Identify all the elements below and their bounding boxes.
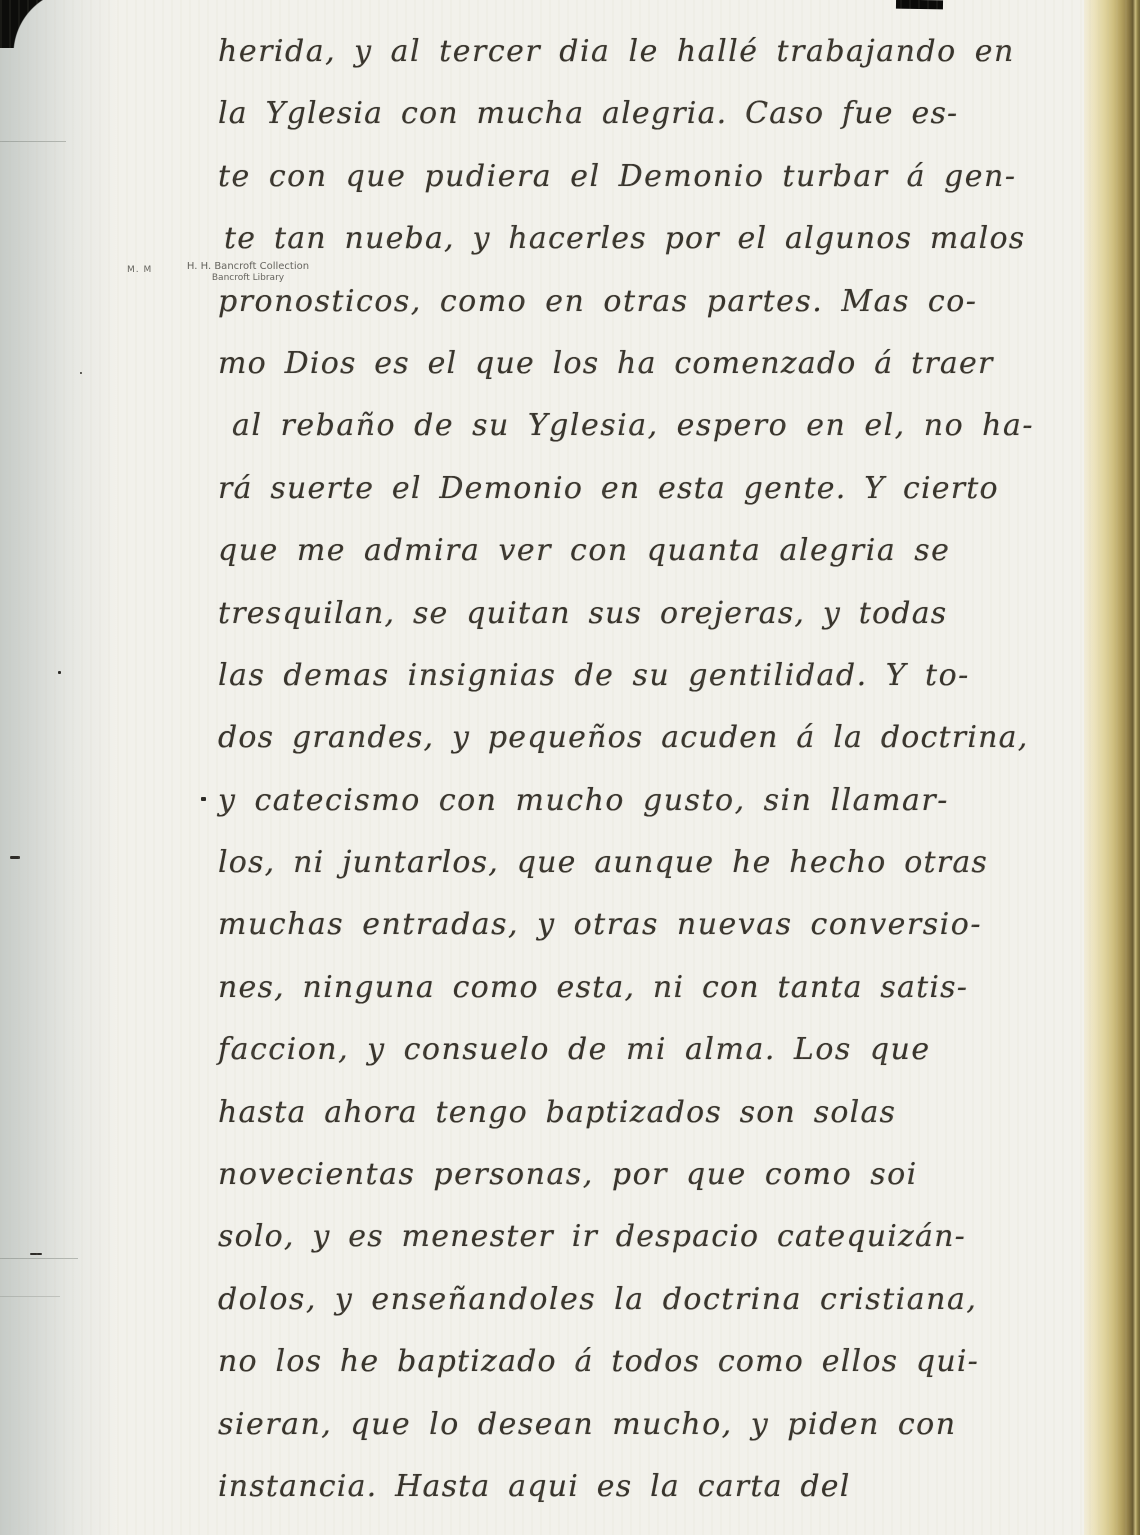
- manuscript-line: pronosticos, como en otras partes. Mas c…: [218, 284, 1070, 346]
- manuscript-line: muchas entradas, y otras nuevas conversi…: [218, 907, 1070, 969]
- manuscript-line: los, ni juntarlos, que aunque he hecho o…: [218, 845, 1070, 907]
- paper-crease: [0, 141, 66, 142]
- manuscript-line: las demas insignias de su gentilidad. Y …: [218, 658, 1070, 720]
- manuscript-page-scan: M. M H. H. Bancroft Collection Bancroft …: [0, 0, 1140, 1535]
- manuscript-line: sieran, que lo desean mucho, y piden con: [218, 1407, 1070, 1469]
- manuscript-line: tresquilan, se quitan sus orejeras, y to…: [218, 596, 1070, 658]
- manuscript-line: herida, y al tercer dia le hallé trabaja…: [218, 34, 1070, 96]
- manuscript-line: hasta ahora tengo baptizados son solas: [218, 1095, 1070, 1157]
- manuscript-line: no los he baptizado á todos como ellos q…: [218, 1344, 1070, 1406]
- paper-crease: [0, 1258, 78, 1259]
- manuscript-line: faccion, y consuelo de mi alma. Los que: [218, 1032, 1070, 1094]
- manuscript-line: que me admira ver con quanta alegria se: [218, 533, 1070, 595]
- stamp-side-mark: M. M: [127, 265, 152, 275]
- manuscript-line: te con que pudiera el Demonio turbar á g…: [218, 159, 1070, 221]
- manuscript-line: dos grandes, y pequeños acuden á la doct…: [218, 720, 1070, 782]
- manuscript-line: te tan nueba, y hacerles por el algunos …: [218, 221, 1070, 283]
- paper-crease: [0, 1296, 60, 1297]
- ink-speck: [58, 671, 61, 674]
- manuscript-line: novecientas personas, por que como soi: [218, 1157, 1070, 1219]
- manuscript-line: al rebaño de su Yglesia, espero en el, n…: [218, 408, 1070, 470]
- book-page-edges: [1084, 0, 1140, 1535]
- manuscript-line: y catecismo con mucho gusto, sin llamar-: [218, 783, 1070, 845]
- manuscript-line: nes, ninguna como esta, ni con tanta sat…: [218, 970, 1070, 1032]
- manuscript-line: la Yglesia con mucha alegria. Caso fue e…: [218, 96, 1070, 158]
- dark-mark-top-right: [896, 0, 943, 9]
- ink-speck: [201, 797, 206, 801]
- manuscript-lines: herida, y al tercer dia le hallé trabaja…: [218, 34, 1070, 1531]
- dark-corner-top-left: [0, 0, 74, 48]
- manuscript-line: mo Dios es el que los ha comenzado á tra…: [218, 346, 1070, 408]
- manuscript-line: rá suerte el Demonio en esta gente. Y ci…: [218, 471, 1070, 533]
- ink-speck: [30, 1253, 42, 1255]
- ink-speck: [80, 372, 82, 374]
- manuscript-line: dolos, y enseñandoles la doctrina cristi…: [218, 1282, 1070, 1344]
- binding-gutter-shadow: [0, 0, 118, 1535]
- manuscript-line: instancia. Hasta aqui es la carta del: [218, 1469, 1070, 1531]
- manuscript-line: solo, y es menester ir despacio catequiz…: [218, 1219, 1070, 1281]
- ink-speck: [10, 856, 20, 859]
